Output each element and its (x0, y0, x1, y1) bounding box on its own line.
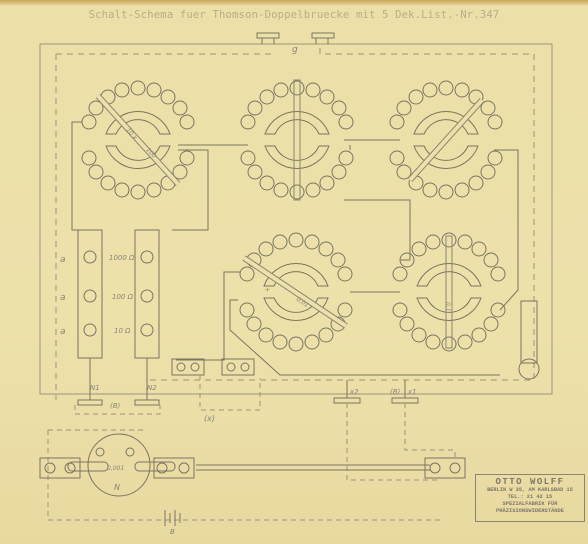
arm-label-a2: a (60, 293, 66, 303)
stamp-phone: TEL.: 21 42 15 (476, 494, 584, 501)
stamp-address: BERLIN W 35, AM KARLSBAD 15 (476, 487, 584, 494)
terminal-x2-label: x2 (349, 388, 359, 396)
b-mark-label: (B) (110, 402, 121, 410)
schematic-sheet: Schalt-Schema fuer Thomson-Doppelbruecke… (0, 0, 588, 544)
stamp-specialty-2: PRÄZISIONSWIDERSTÄNDE (476, 508, 584, 515)
arm-label-a1: a (60, 255, 66, 265)
terminal-x1-label: x1 (407, 388, 417, 396)
dial-4-x-label: x (263, 285, 271, 294)
battery-label: B (170, 528, 175, 536)
arm-label-1000: 1000 Ω (109, 254, 135, 262)
ratio-arm-left (78, 230, 102, 358)
terminal-n1-label: N1 (90, 384, 100, 392)
arm-label-100: 100 Ω (112, 293, 134, 301)
normal-resistor-label: N (114, 483, 120, 492)
dial-5-ratio-label: 0,1 (444, 302, 451, 312)
decade-dial-1 (82, 81, 194, 199)
b-circle-label: (B) (390, 388, 401, 396)
decade-dial-2 (241, 80, 353, 200)
manufacturer-stamp: OTTO WOLFF BERLIN W 35, AM KARLSBAD 15 T… (475, 474, 585, 522)
arm-label-a3: a (60, 327, 66, 337)
stamp-company: OTTO WOLFF (476, 477, 584, 487)
wiring-diagram: g a a a 1000 Ω 100 Ω 10 Ω N1 N2 (B) (x) … (0, 0, 588, 544)
battery-icon (165, 510, 180, 526)
x-mark-label: (x) (204, 414, 215, 423)
terminal-g-label: g (292, 45, 298, 55)
ratio-arm-right (135, 230, 159, 358)
arm-label-10: 10 Ω (114, 327, 131, 335)
normal-resistor-value: 0,001 (107, 465, 124, 472)
decade-dial-4 (240, 233, 352, 351)
decade-dial-3 (390, 81, 502, 199)
terminal-n2-label: N2 (147, 384, 157, 392)
